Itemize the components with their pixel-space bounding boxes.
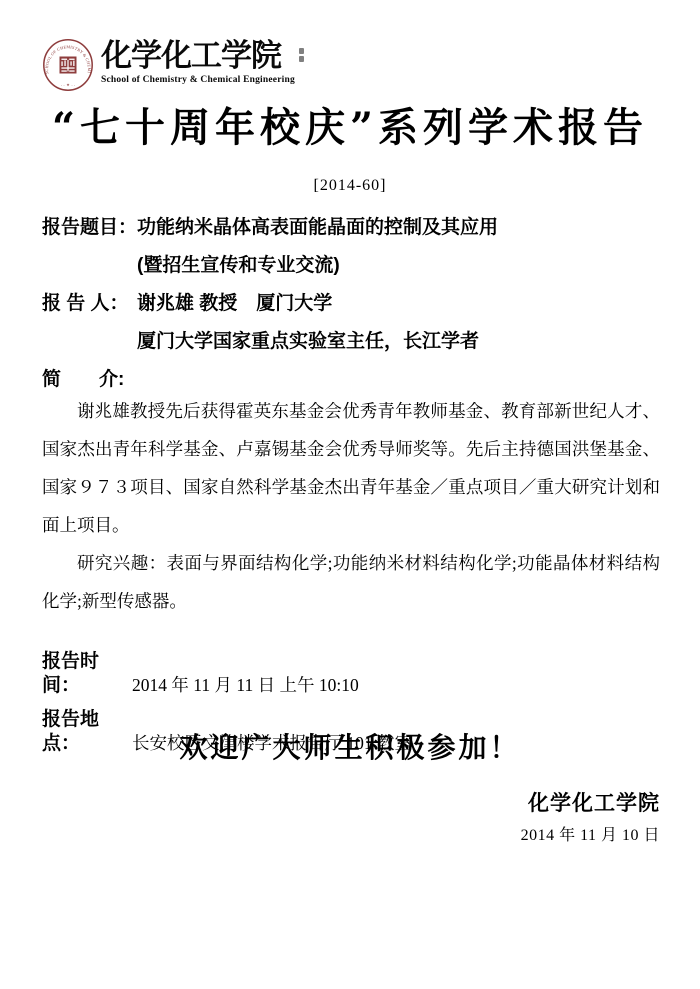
announcement-page: SCHOOL OF CHEMISTRY & CHEMICAL ENGINEERI… (0, 0, 700, 989)
signature-date: 2014 年 11 月 10 日 (42, 825, 660, 847)
speaker-value: 谢兆雄 教授 厦门大学 (137, 293, 332, 314)
seal-bottom-marks: · · ✦ · · (60, 83, 75, 88)
time-label: 报告时间： (42, 650, 132, 698)
report-fields: 报告题目：功能纳米晶体高表面能晶面的控制及其应用 (暨招生宣传和专业交流) 报 … (42, 209, 660, 399)
speaker-title: 厦门大学国家重点实验室主任，长江学者 (137, 323, 660, 361)
topic-label: 报告题目： (42, 209, 137, 247)
time-row: 报告时间：2014 年 11 月 11 日 上午 10:10 (42, 650, 660, 699)
speaker-introduction: 谢兆雄教授先后获得霍英东基金会优秀青年教师基金、教育部新世纪人才、国家杰出青年科… (42, 392, 660, 620)
signoff-block: 化学化工学院 2014 年 11 月 10 日 (42, 789, 660, 847)
page-title: “七十周年校庆”系列学术报告 (0, 100, 700, 156)
speaker-row: 报 告 人：谢兆雄 教授 厦门大学 (42, 285, 660, 323)
topic-value: 功能纳米晶体高表面能晶面的控制及其应用 (137, 217, 498, 238)
intro-paragraph-interests: 研究兴趣：表面与界面结构化学;功能纳米材料结构化学;功能晶体材料结构化学;新型传… (42, 544, 660, 620)
calligraphy-inscription-mark (299, 48, 304, 62)
logo-school-name-en: School of Chemistry & Chemical Engineeri… (101, 75, 295, 85)
welcome-line: 欢迎广大师生积极参加！ (0, 726, 700, 766)
speaker-label: 报 告 人： (42, 285, 137, 323)
time-value: 2014 年 11 月 11 日 上午 10:10 (132, 675, 359, 695)
intro-paragraph-awards: 谢兆雄教授先后获得霍英东基金会优秀青年教师基金、教育部新世纪人才、国家杰出青年科… (42, 392, 660, 544)
school-seal-icon: SCHOOL OF CHEMISTRY & CHEMICAL ENGINEERI… (42, 38, 94, 92)
logo-header: SCHOOL OF CHEMISTRY & CHEMICAL ENGINEERI… (42, 38, 304, 92)
topic-subtitle: (暨招生宣传和专业交流) (137, 247, 660, 285)
issue-number: [2014-60] (0, 177, 700, 195)
logo-school-name-cn: 化学化工学院 (101, 38, 295, 74)
topic-row: 报告题目：功能纳米晶体高表面能晶面的控制及其应用 (42, 209, 660, 247)
signature-school: 化学化工学院 (42, 789, 660, 817)
logo-text-block: 化学化工学院 School of Chemistry & Chemical En… (101, 38, 295, 85)
